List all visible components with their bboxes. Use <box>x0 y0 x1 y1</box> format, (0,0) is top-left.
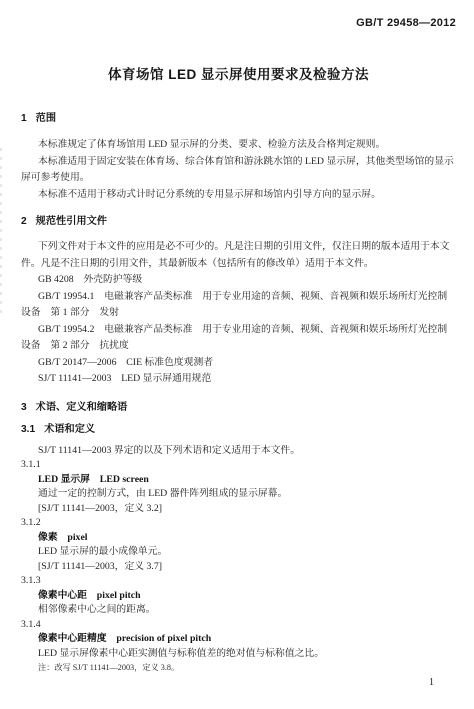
term-source: [SJ/T 11141—2003，定义 3.7] <box>21 560 456 575</box>
standard-number: GB/T 29458—2012 <box>21 16 456 30</box>
section-3-1-title: 术语和定义 <box>44 424 95 435</box>
section-terms-definitions: 3术语、定义和缩略语 3.1术语和定义 SJ/T 11141—2003 界定的以… <box>21 401 456 675</box>
term-name: LED 显示屏 LED screen <box>21 473 456 488</box>
section-normative-references: 2规范性引用文件 下列文件对于本文件的应用是必不可少的。凡是注日期的引用文件，仅… <box>21 215 456 388</box>
reference-item: SJ/T 11141—2003 LED 显示屏通用规范 <box>21 371 456 388</box>
section-3-heading: 3术语、定义和缩略语 <box>21 401 456 415</box>
term-definition: LED 显示屏像素中心距实测值与标称值差的绝对值与标称值之比。 <box>21 647 456 662</box>
term-number: 3.1.1 <box>21 458 456 473</box>
term-block-3-1-1: 3.1.1 LED 显示屏 LED screen 通过一定的控制方式，由 LED… <box>21 458 456 516</box>
scope-paragraph-1: 本标准规定了体育场馆用 LED 显示屏的分类、要求、检验方法及合格判定规则。 <box>21 137 456 154</box>
term-definition: LED 显示屏的最小成像单元。 <box>21 545 456 560</box>
term-number: 3.1.2 <box>21 516 456 531</box>
section-2-number: 2 <box>21 216 27 227</box>
section-3-title: 术语、定义和缩略语 <box>36 402 128 413</box>
reference-item: GB/T 20147—2006 CIE 标准色度观测者 <box>21 355 456 372</box>
scan-artifact <box>0 148 2 318</box>
section-1-title: 范围 <box>36 113 56 124</box>
section-3-1-number: 3.1 <box>21 424 35 435</box>
section-1-heading: 1范围 <box>21 112 456 126</box>
term-block-3-1-3: 3.1.3 像素中心距 pixel pitch 相邻像素中心之间的距离。 <box>21 574 456 618</box>
term-source: [SJ/T 11141—2003，定义 3.2] <box>21 502 456 517</box>
term-name: 像素中心距 pixel pitch <box>21 589 456 604</box>
term-definition: 相邻像素中心之间的距离。 <box>21 603 456 618</box>
terms-list: SJ/T 11141—2003 界定的以及下列术语和定义适用于本文件。 3.1.… <box>21 444 456 675</box>
section-1-number: 1 <box>21 113 27 124</box>
references-intro: 下列文件对于本文件的应用是必不可少的。凡是注日期的引用文件，仅注日期的版本适用于… <box>21 239 456 272</box>
scope-paragraph-3: 本标准不适用于移动式计时记分系统的专用显示屏和场馆内引导方向的显示屏。 <box>21 187 456 204</box>
term-number: 3.1.3 <box>21 574 456 589</box>
reference-item: GB 4208 外壳防护等级 <box>21 272 456 289</box>
term-definition: 通过一定的控制方式，由 LED 器件阵列组成的显示屏幕。 <box>21 487 456 502</box>
term-number: 3.1.4 <box>21 618 456 633</box>
page-number: 1 <box>429 677 434 689</box>
reference-item: GB/T 19954.1 电磁兼容产品类标准 用于专业用途的音频、视频、音视频和… <box>21 289 456 322</box>
term-block-3-1-4: 3.1.4 像素中心距精度 precision of pixel pitch L… <box>21 618 456 675</box>
section-2-heading: 2规范性引用文件 <box>21 215 456 229</box>
document-title: 体育场馆 LED 显示屏使用要求及检验方法 <box>21 66 456 84</box>
section-3-number: 3 <box>21 402 27 413</box>
document-page: GB/T 29458—2012 体育场馆 LED 显示屏使用要求及检验方法 1范… <box>0 0 474 709</box>
scope-paragraph-2: 本标准适用于固定安装在体育场、综合体育馆和游泳跳水馆的 LED 显示屏，其他类型… <box>21 154 456 187</box>
section-scope: 1范围 本标准规定了体育场馆用 LED 显示屏的分类、要求、检验方法及合格判定规… <box>21 112 456 203</box>
term-block-3-1-2: 3.1.2 像素 pixel LED 显示屏的最小成像单元。 [SJ/T 111… <box>21 516 456 574</box>
reference-item: GB/T 19954.2 电磁兼容产品类标准 用于专业用途的音频、视频、音视频和… <box>21 322 456 355</box>
section-2-title: 规范性引用文件 <box>36 216 107 227</box>
section-3-1-heading: 3.1术语和定义 <box>21 423 456 437</box>
term-name: 像素 pixel <box>21 531 456 546</box>
term-note: 注：改写 SJ/T 11141—2003，定义 3.8。 <box>21 661 456 674</box>
term-name: 像素中心距精度 precision of pixel pitch <box>21 632 456 647</box>
terms-intro: SJ/T 11141—2003 界定的以及下列术语和定义适用于本文件。 <box>21 444 456 459</box>
